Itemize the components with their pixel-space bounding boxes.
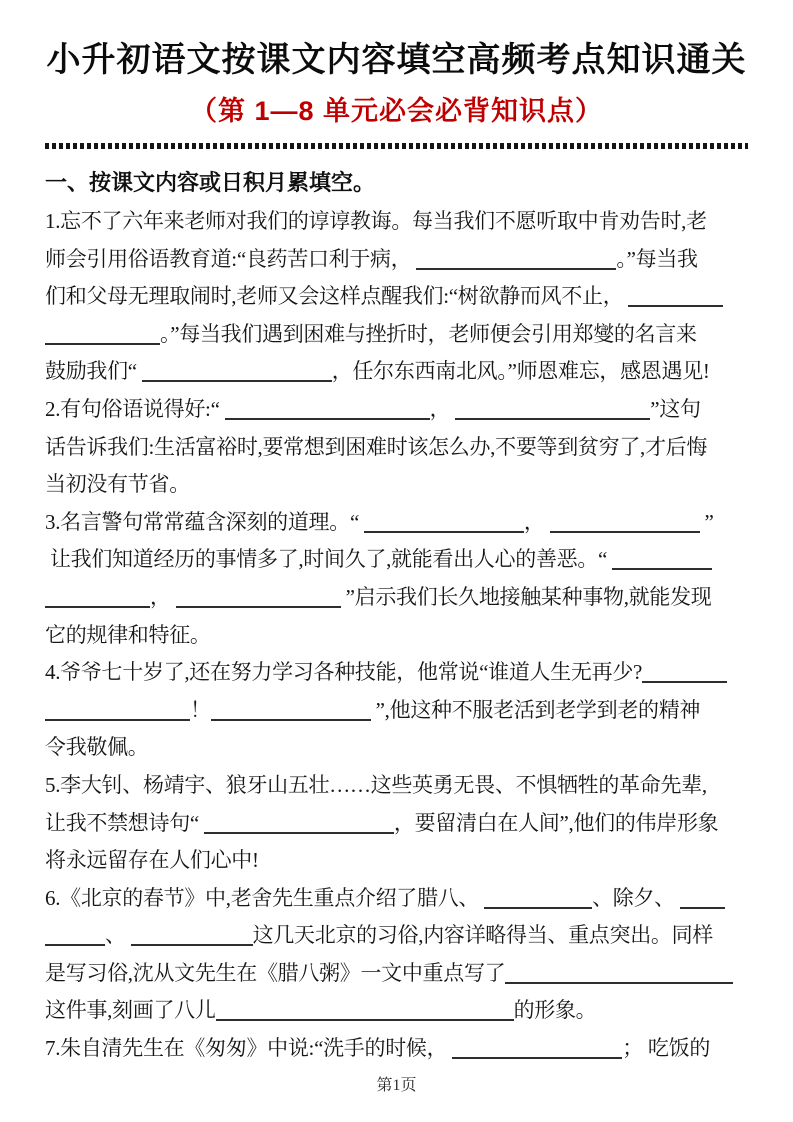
worksheet-page: 小升初语文按课文内容填空高频考点知识通关 （第 1—8 单元必会必背知识点） 一… (0, 0, 793, 1122)
text-line: 7.朱自清先生在《匆匆》中说:“洗手的时候， ； 吃饭的 (45, 1030, 748, 1068)
page-number: 第1页 (45, 1075, 748, 1097)
text-line: 这件事,刻画了八儿的形象。 (45, 992, 748, 1030)
page-title: 小升初语文按课文内容填空高频考点知识通关 (45, 36, 748, 84)
line-text: 让我不禁想诗句“ (45, 811, 204, 835)
fill-in-blank (211, 719, 371, 721)
text-line: 当初没有节省。 (45, 466, 748, 504)
line-text: ，要留清白在人间”,他们的伟岸形象 (394, 811, 718, 835)
fill-in-blank (452, 1057, 622, 1059)
fill-in-blank (612, 568, 712, 570)
line-text: 7.朱自清先生在《匆匆》中说:“洗手的时候， (45, 1036, 452, 1060)
text-line: 们和父母无理取闹时,老师又会这样点醒我们:“树欲静而风不止， (45, 278, 748, 316)
text-line: 1.忘不了六年来老师对我们的谆谆教诲。每当我们不愿听取中肯劝告时,老 (45, 203, 748, 241)
line-text: 它的规律和特征。 (45, 623, 211, 647)
fill-in-blank (45, 343, 160, 345)
section-heading: 一、按课文内容或日积月累填空。 (45, 164, 748, 202)
text-line: 6.《北京的春节》中,老舍先生重点介绍了腊八、 、除夕、 (45, 880, 748, 918)
line-text: ，任尔东西南北风。”师恩难忘，感恩遇见! (332, 359, 710, 383)
text-line: 师会引用俗语教育道:“良药苦口利于病， 。”每当我 (45, 241, 748, 279)
text-line: ！ ”,他这种不服老活到老学到老的精神 (45, 692, 748, 730)
line-text: 2.有句俗语说得好:“ (45, 397, 225, 421)
text-line: ， ”启示我们长久地接触某种事物,就能发现 (45, 579, 748, 617)
line-text: 5.李大钊、杨靖宇、狼牙山五壮……这些英勇无畏、不惧牺牲的革命先辈, (45, 773, 707, 797)
line-text: ， (524, 510, 550, 534)
fill-in-blank (628, 305, 723, 307)
line-text: 的形象。 (514, 998, 597, 1022)
line-text: ”,他这种不服老活到老学到老的精神 (371, 698, 700, 722)
line-text: ， (430, 397, 456, 421)
text-line: 话告诉我们:生活富裕时,要常想到困难时该怎么办,不要等到贫穷了,才后悔 (45, 429, 748, 467)
fill-in-blank (45, 606, 150, 608)
text-line: 5.李大钊、杨靖宇、狼牙山五壮……这些英勇无畏、不惧牺牲的革命先辈, (45, 767, 748, 805)
fill-in-blank (176, 606, 341, 608)
line-text: ”这句 (650, 397, 700, 421)
text-line: 2.有句俗语说得好:“ ， ”这句 (45, 391, 748, 429)
line-text: 6.《北京的春节》中,老舍先生重点介绍了腊八、 (45, 886, 484, 910)
line-text: 令我敬佩。 (45, 735, 149, 759)
text-line: 3.名言警句常常蕴含深刻的道理。“ ， ” (45, 504, 748, 542)
text-line: 、 这几天北京的习俗,内容详略得当、重点突出。同样 (45, 917, 748, 955)
fill-in-blank (45, 719, 190, 721)
line-text: 。”每当我 (616, 247, 697, 271)
line-text: ” (700, 510, 714, 534)
text-line: 它的规律和特征。 (45, 617, 748, 655)
line-text: ， (150, 585, 176, 609)
line-text: 让我们知道经历的事情多了,时间久了,就能看出人心的善恶。“ (45, 547, 612, 571)
fill-in-blank (45, 944, 105, 946)
line-text: 。”每当我们遇到困难与挫折时，老师便会引用郑燮的名言来 (160, 322, 697, 346)
line-text: 这件事,刻画了八儿 (45, 998, 216, 1022)
text-line: 让我不禁想诗句“ ，要留清白在人间”,他们的伟岸形象 (45, 805, 748, 843)
line-text: 是写习俗,沈从文先生在《腊八粥》一文中重点写了 (45, 961, 505, 985)
line-text: 鼓励我们“ (45, 359, 142, 383)
fill-in-blank (131, 944, 253, 946)
fill-in-blank (142, 380, 332, 382)
text-line: 是写习俗,沈从文先生在《腊八粥》一文中重点写了 (45, 955, 748, 993)
text-line: 鼓励我们“ ，任尔东西南北风。”师恩难忘，感恩遇见! (45, 353, 748, 391)
line-text: 们和父母无理取闹时,老师又会这样点醒我们:“树欲静而风不止， (45, 284, 628, 308)
fill-in-blank (484, 907, 592, 909)
fill-in-blank (204, 832, 394, 834)
text-line: 将永远留存在人们心中! (45, 842, 748, 880)
line-text: 话告诉我们:生活富裕时,要常想到困难时该怎么办,不要等到贫穷了,才后悔 (45, 435, 707, 459)
body-text: 1.忘不了六年来老师对我们的谆谆教诲。每当我们不愿听取中肯劝告时,老师会引用俗语… (45, 203, 748, 1068)
line-text: ； 吃饭的 (622, 1036, 710, 1060)
text-line: 。”每当我们遇到困难与挫折时，老师便会引用郑燮的名言来 (45, 316, 748, 354)
fill-in-blank (642, 681, 727, 683)
fill-in-blank (364, 531, 524, 533)
line-text: 这几天北京的习俗,内容详略得当、重点突出。同样 (253, 923, 713, 947)
text-line: 让我们知道经历的事情多了,时间久了,就能看出人心的善恶。“ (45, 541, 748, 579)
line-text: ！ (190, 698, 211, 722)
text-line: 令我敬佩。 (45, 729, 748, 767)
fill-in-blank (455, 418, 650, 420)
fill-in-blank (680, 907, 725, 909)
fill-in-blank (505, 982, 733, 984)
line-text: 将永远留存在人们心中! (45, 848, 259, 872)
line-text: 1.忘不了六年来老师对我们的谆谆教诲。每当我们不愿听取中肯劝告时,老 (45, 209, 707, 233)
page-subtitle: （第 1—8 单元必会必背知识点） (45, 94, 748, 128)
line-text: 当初没有节省。 (45, 472, 190, 496)
line-text: 4.爷爷七十岁了,还在努力学习各种技能，他常说“谁道人生无再少? (45, 660, 642, 684)
line-text: ”启示我们长久地接触某种事物,就能发现 (341, 585, 712, 609)
text-line: 4.爷爷七十岁了,还在努力学习各种技能，他常说“谁道人生无再少? (45, 654, 748, 692)
line-text: 师会引用俗语教育道:“良药苦口利于病， (45, 247, 416, 271)
fill-in-blank (225, 418, 430, 420)
line-text: 3.名言警句常常蕴含深刻的道理。“ (45, 510, 364, 534)
fill-in-blank (416, 268, 616, 270)
line-text: 、除夕、 (592, 886, 680, 910)
fill-in-blank (550, 531, 700, 533)
dotted-divider (45, 143, 748, 149)
fill-in-blank (216, 1019, 514, 1021)
line-text: 、 (105, 923, 131, 947)
